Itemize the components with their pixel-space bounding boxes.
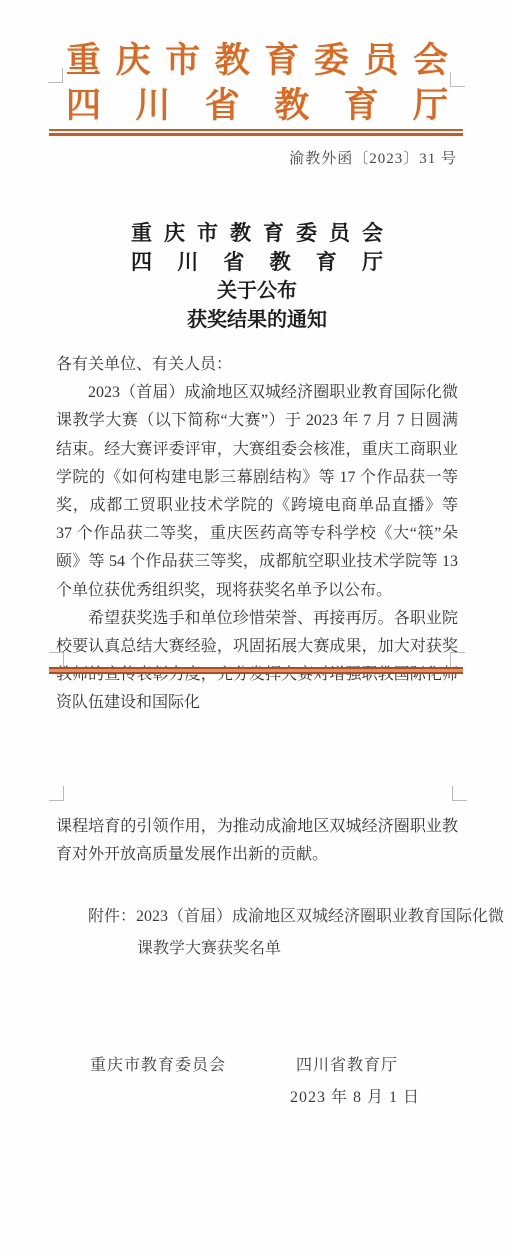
crop-mark-top-right	[450, 72, 465, 87]
salutation: 各有关单位、有关人员：	[56, 351, 458, 379]
document-title: 重庆市教育委员会 四川省教育厅 关于公布 获奖结果的通知	[131, 219, 383, 335]
crop-mark-top-left	[48, 68, 63, 83]
title-subject-line-1: 关于公布	[131, 277, 383, 306]
title-subject-line-2: 获奖结果的通知	[131, 306, 383, 335]
letterhead: 重庆市教育委员会 四川省教育厅	[66, 38, 448, 128]
crop-mark-page2-top-left	[49, 786, 64, 801]
attachment-label: 附件：	[88, 908, 136, 925]
crop-mark-page1-bottom-left	[49, 652, 64, 667]
body-paragraph-3: 课程培育的引领作用，为推动成渝地区双城经济圈职业教育对外开放高质量发展作出新的贡…	[56, 813, 458, 869]
crop-mark-page1-bottom-right	[450, 652, 465, 667]
body-page-1: 各有关单位、有关人员： 2023（首届）成渝地区双城经济圈职业教育国际化微课教学…	[56, 351, 458, 718]
title-org-line-1: 重庆市教育委员会	[131, 219, 383, 248]
attachment-text: 2023（首届）成渝地区双城经济圈职业教育国际化微课教学大赛获奖名单	[136, 908, 504, 957]
document-number: 渝教外函〔2023〕31 号	[57, 147, 457, 168]
page-separator-rule	[49, 667, 463, 674]
document-page: 重庆市教育委员会 四川省教育厅 渝教外函〔2023〕31 号 重庆市教育委员会 …	[0, 0, 512, 1256]
signature-left-org: 重庆市教育委员会	[90, 1052, 226, 1075]
signature-date: 2023 年 8 月 1 日	[290, 1084, 420, 1107]
letterhead-double-rule	[49, 129, 463, 136]
body-paragraph-1: 2023（首届）成渝地区双城经济圈职业教育国际化微课教学大赛（以下简称“大赛”）…	[56, 379, 458, 605]
title-org-line-2: 四川省教育厅	[131, 248, 383, 277]
letterhead-org-line-2: 四川省教育厅	[66, 83, 448, 128]
letterhead-org-line-1: 重庆市教育委员会	[66, 38, 448, 83]
body-page-2: 课程培育的引领作用，为推动成渝地区双城经济圈职业教育对外开放高质量发展作出新的贡…	[56, 813, 458, 869]
attachment-note: 附件：2023（首届）成渝地区双城经济圈职业教育国际化微课教学大赛获奖名单	[88, 901, 509, 965]
body-paragraph-2: 希望获奖选手和单位珍惜荣誉、再接再厉。各职业院校要认真总结大赛经验，巩固拓展大赛…	[56, 605, 458, 718]
signature-right-org: 四川省教育厅	[296, 1052, 398, 1075]
crop-mark-page2-top-right	[452, 786, 467, 801]
